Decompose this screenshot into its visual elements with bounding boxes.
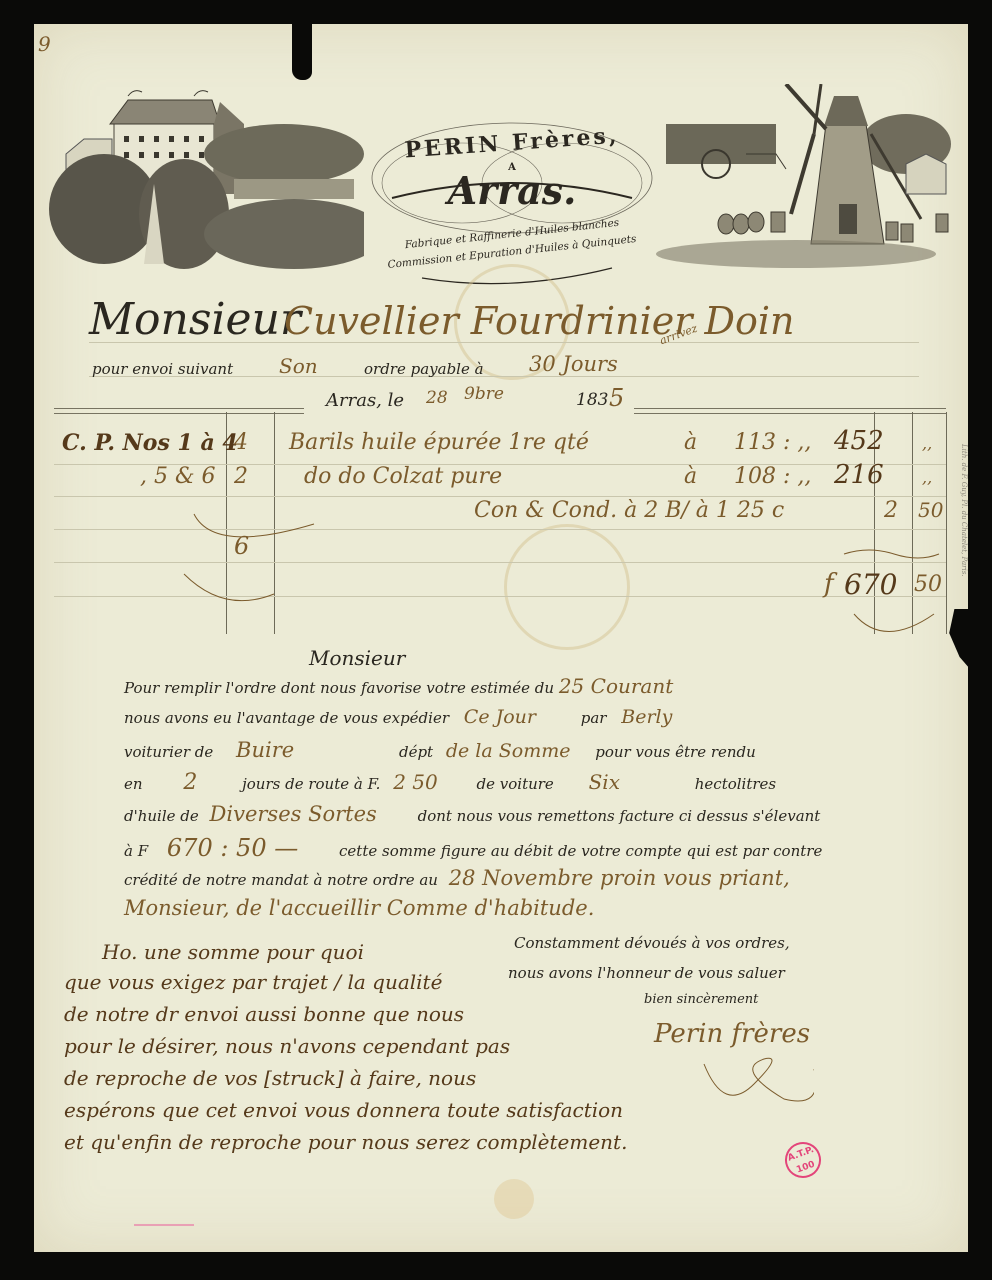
letter-line-5-ink: Diverses Sortes — [210, 802, 377, 826]
letter-line-3-printed-2: dépt — [399, 743, 433, 761]
order-days: 30 Jours — [529, 352, 618, 376]
send-label: pour envoi suivant — [92, 360, 233, 378]
row-3-amount-francs: 2 — [884, 498, 898, 523]
letter-line-4: en 2 jours de route à F. 2 50 de voiture… — [124, 770, 776, 795]
row-1-amount-cents: ,, — [922, 434, 932, 453]
pink-mark — [134, 1224, 194, 1226]
paper-stain — [494, 1179, 534, 1219]
letter-line-4-ink: 2 — [183, 770, 197, 795]
firm-city: Arras. — [362, 168, 662, 213]
letter-line-4-printed-3: de voiture — [477, 775, 554, 793]
row-2-amount-cents: ,, — [922, 468, 932, 487]
letter-line-3-printed: voiturier de — [124, 743, 213, 761]
row-2-qty: 2 — [234, 464, 248, 489]
invoice-sheet: 9 PERIN Frères, — [34, 24, 968, 1252]
row-1-amount-francs: 452 — [834, 426, 884, 456]
letter-line-1-ink: 25 Courant — [559, 674, 673, 698]
salutation-printed: Monsieur — [89, 294, 301, 345]
letter-line-5-printed-2: dont nous vous remettons facture ci dess… — [418, 807, 821, 825]
letter-line-4-printed-2: jours de route à F. — [242, 775, 380, 793]
letter-salutation: Monsieur — [309, 646, 405, 670]
date-month: 9bre — [464, 384, 504, 404]
letter-line-6: à F 670 : 50 — cette somme figure au déb… — [124, 834, 822, 862]
row-2-amount-francs: 216 — [834, 460, 884, 490]
annotation-line-7: et qu'enfin de reproche pour nous serez … — [64, 1130, 627, 1154]
library-stamp: A.T.P. 100 — [780, 1137, 826, 1183]
printer-imprint: Lith. de F. Guy, Pl. du Chatelet, Paris. — [954, 444, 968, 604]
row-1-unit-price: 113 : ,, — [734, 430, 811, 455]
order-label: ordre payable à — [364, 360, 484, 378]
date-day: 28 — [426, 388, 448, 408]
annotation-line-1: Ho. une somme pour quoi — [102, 940, 364, 964]
letter-line-4-ink-2: 2 50 — [393, 770, 438, 794]
letter-line-6-printed-2: cette somme figure au débit de votre com… — [339, 842, 822, 860]
column-divider — [946, 412, 947, 634]
letter-line-2-printed-2: par — [581, 709, 607, 727]
factory-engraving — [44, 84, 364, 269]
letter-line-2-printed: nous avons eu l'avantage de vous expédie… — [124, 709, 449, 727]
letterhead-masthead: PERIN Frères, A Arras. Fabrique et Raffi… — [362, 88, 662, 288]
bracket-flourish-icon — [174, 494, 334, 624]
closing-line-1: Constamment dévoués à vos ordres, — [514, 934, 790, 952]
row-1-description: Barils huile épurée 1re qté — [289, 430, 589, 455]
letter-line-1: Pour remplir l'ordre dont nous favorise … — [124, 674, 673, 698]
letter-line-3: voiturier de Buire dépt de la Somme pour… — [124, 738, 756, 762]
letter-line-1-printed: Pour remplir l'ordre dont nous favorise … — [124, 679, 554, 697]
row-3-description: Con & Cond. à 2 B/ à 1 25 c — [474, 498, 784, 523]
row-3-amount-cents: 50 — [918, 498, 943, 522]
annotation-line-3: de notre dr envoi aussi bonne que nous — [64, 1002, 464, 1026]
letter-line-5-printed: d'huile de — [124, 807, 199, 825]
letter-line-8: Monsieur, de l'accueillir Comme d'habitu… — [124, 896, 594, 920]
letter-line-5: d'huile de Diverses Sortes dont nous vou… — [124, 802, 820, 826]
closing-line-3: bien sincèrement — [644, 992, 758, 1007]
letter-line-3-ink-2: de la Somme — [446, 740, 571, 762]
recipient-name: Cuvellier Fourdrinier Doin — [284, 299, 794, 343]
annotation-line-5: de reproche de vos [struck] à faire, nou… — [64, 1066, 476, 1090]
letter-line-7-ink: 28 Novembre proin vous priant, — [449, 866, 790, 890]
row-1-marks: C. P. Nos 1 à 4 — [62, 430, 238, 456]
paper-tear — [292, 24, 312, 80]
letter-line-2-ink: Ce Jour — [464, 706, 536, 728]
factory-illustration-icon — [44, 84, 364, 269]
letter-line-4-printed: en — [124, 775, 143, 793]
date-year-suffix: 5 — [609, 384, 624, 412]
annotation-line-6: espérons que cet envoi vous donnera tout… — [64, 1098, 623, 1122]
letter-line-7: crédité de notre mandat à notre ordre au… — [124, 866, 790, 890]
row-2-unit-price: 108 : ,, — [734, 464, 811, 489]
annotation-line-4: pour le désirer, nous n'avons cependant … — [64, 1034, 510, 1058]
row-2-marks: , 5 & 6 — [140, 464, 216, 489]
send-value: Son — [279, 354, 318, 378]
annotation-line-2: que vous exigez par trajet / la qualité — [64, 970, 442, 994]
place-date-label: Arras, le — [326, 390, 404, 411]
row-1-qty: 4 — [234, 430, 248, 455]
row-1-unit-label: à — [684, 430, 697, 455]
letter-line-2-ink-2: Berly — [621, 706, 672, 728]
letter-line-7-printed: crédité de notre mandat à notre ordre au — [124, 871, 438, 889]
letter-line-2: nous avons eu l'avantage de vous expédie… — [124, 706, 672, 728]
row-2-unit-label: à — [684, 464, 697, 489]
date-year-prefix: 183 — [576, 390, 608, 410]
letter-line-6-ink: 670 : 50 — — [167, 834, 298, 862]
row-2-description: do do Colzat pure — [304, 464, 502, 489]
table-top-border — [54, 408, 304, 414]
closing-line-2: nous avons l'honneur de vous saluer — [508, 964, 785, 982]
signature-paraph-icon — [694, 1044, 814, 1104]
paper-tear-right — [944, 609, 970, 669]
table-top-border — [634, 408, 946, 414]
letter-line-3-ink: Buire — [236, 738, 294, 762]
windmill-engraving — [646, 84, 966, 269]
windmill-illustration-icon — [646, 84, 966, 269]
postal-stamp-arras — [504, 524, 630, 650]
letter-line-6-printed: à F — [124, 842, 148, 860]
total-prefix: f — [824, 569, 834, 599]
letter-line-4-printed-4: hectolitres — [695, 775, 776, 793]
folio-mark: 9 — [38, 32, 51, 56]
letter-line-4-ink-3: Six — [589, 770, 620, 794]
total-flourish-icon — [834, 544, 944, 654]
letter-line-3-printed-3: pour vous être rendu — [595, 743, 756, 761]
